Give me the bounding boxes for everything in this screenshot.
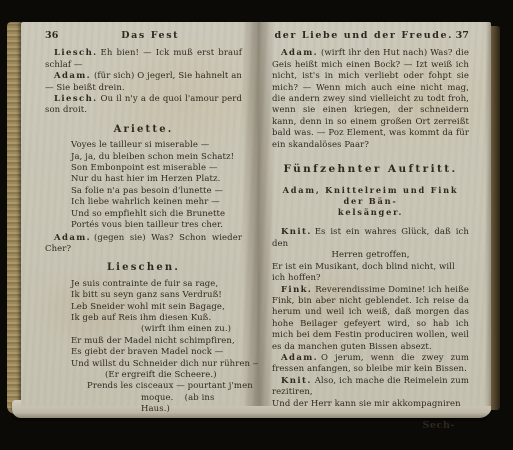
book-scan-photo: 36 Das Fest Liesch.Eh bien! — Ick muß er…	[0, 0, 513, 450]
ariette-verse: Voyes le tailleur si miserable — Ja, ja,…	[71, 140, 242, 231]
dialog-line: Adam.(gegen sie) Was? Schon wieder Cher?	[45, 233, 242, 256]
dialog-line: Knit.Also, ich mache die Reimelein zum r…	[272, 376, 469, 399]
book-right-edge	[491, 26, 500, 410]
verse-line: Sa folie n'a pas besoin d'lunette —	[71, 186, 242, 197]
left-page-number: 36	[45, 30, 58, 41]
verse-line: Prends les cisceaux — pourtant j'men	[87, 381, 242, 392]
speaker-name: Liesch.	[54, 48, 98, 58]
dialog-line: Knit.Es ist ein wahres Glück, daß ich de…	[272, 227, 469, 250]
verse-line: Ja, ja, du bleiben schon mein Schatz!	[71, 152, 242, 163]
catchword: Sech-	[272, 420, 469, 431]
dialog-text: (wirft ihr den Hut nach) Was? die Geis h…	[272, 48, 469, 149]
right-page-content: der Liebe und der Freude. 37 Adam.(wirft…	[258, 22, 491, 431]
verse-line: Und so empfiehlt sich die Brunette	[71, 209, 242, 220]
left-page-content: 36 Das Fest Liesch.Eh bien! — Ick muß er…	[21, 22, 258, 416]
page-stack-edge	[7, 22, 21, 414]
lieschen-heading: Lieschen.	[45, 262, 242, 273]
right-page-number: 37	[456, 30, 469, 41]
cast-line: kelsänger.	[272, 207, 469, 218]
stage-direction: (wirft ihm einen zu.)	[141, 324, 242, 335]
speaker-name: Adam.	[281, 353, 318, 363]
verse-continuation: Herren getroffen,	[272, 250, 469, 261]
verse-line: Voyes le tailleur si miserable —	[71, 140, 242, 151]
verse-line: Es giebt der braven Madel nock —	[71, 347, 242, 358]
speaker-name: Knit.	[281, 376, 312, 386]
dialog-line: Liesch.Eh bien! — Ick muß erst brauf sch…	[45, 48, 242, 71]
verse-line: Nur du hast hier im Herzen Platz.	[71, 174, 242, 185]
verse-line: Ik geb auf Reis ihm diesen Kuß.	[71, 313, 242, 324]
verse-line: Und der Herr kann sie mir akkompagniren	[272, 399, 469, 410]
cast-line: Adam, Knittelreim und Fink der Bän-	[272, 185, 469, 207]
speaker-name: Fink.	[281, 285, 312, 295]
verse-line: Son Embonpoint est miserable —	[71, 163, 242, 174]
verse-line: Er ist ein Musikant, doch blind nicht, w…	[272, 262, 469, 285]
verse-line: Und willst du Schneider dich nur rühren …	[71, 359, 242, 370]
dialog-line: Liesch.Ou il n'y a de quoi l'amour perd …	[45, 94, 242, 117]
stage-direction: (Er ergreift die Scheere.)	[105, 370, 242, 381]
verse-line: Ik bitt su seyn ganz sans Verdruß!	[71, 290, 242, 301]
verse-line: Er muß der Madel nicht schimpfiren,	[71, 336, 242, 347]
verse-word: moque.	[141, 393, 173, 403]
speaker-name: Adam.	[54, 233, 91, 243]
verse-line: Ich liebe wahrlich keinen mehr —	[71, 197, 242, 208]
right-page-header: der Liebe und der Freude. 37	[272, 30, 469, 41]
verse-line-end: moque. (ab ins Haus.)	[141, 393, 242, 416]
scene-heading: Fünfzehnter Auftritt.	[272, 164, 469, 175]
verse-line: Je suis contrainte de fuir sa rage,	[71, 279, 242, 290]
speaker-name: Knit.	[281, 227, 312, 237]
scene-cast: Adam, Knittelreim und Fink der Bän- kels…	[272, 185, 469, 218]
dialog-line: Adam.O jerum, wenn die zwey zum fressen …	[272, 353, 469, 376]
left-running-title: Das Fest	[58, 30, 242, 41]
speaker-name: Adam.	[54, 71, 91, 81]
speaker-name: Adam.	[281, 48, 318, 58]
verse-line: Portés vous bien tailleur tres cher.	[71, 220, 242, 231]
dialog-line: Adam.(für sich) O jegerl, Sie hahnelt an…	[45, 71, 242, 94]
lieschen-verse: Je suis contrainte de fuir sa rage, Ik b…	[71, 279, 242, 416]
right-running-title: der Liebe und der Freude.	[272, 30, 456, 41]
dialog-line: Fink.Reverendissime Domine! ich heiße Fi…	[272, 285, 469, 353]
verse-line: Leb Sneider wohl mit sein Bagage,	[71, 302, 242, 313]
aria-heading: Ariette.	[45, 124, 242, 135]
speaker-name: Liesch.	[54, 94, 98, 104]
dialog-line: Adam.(wirft ihr den Hut nach) Was? die G…	[272, 48, 469, 151]
left-page-header: 36 Das Fest	[45, 30, 242, 41]
right-page: der Liebe und der Freude. 37 Adam.(wirft…	[258, 22, 491, 406]
left-page: 36 Das Fest Liesch.Eh bien! — Ick muß er…	[21, 22, 258, 406]
